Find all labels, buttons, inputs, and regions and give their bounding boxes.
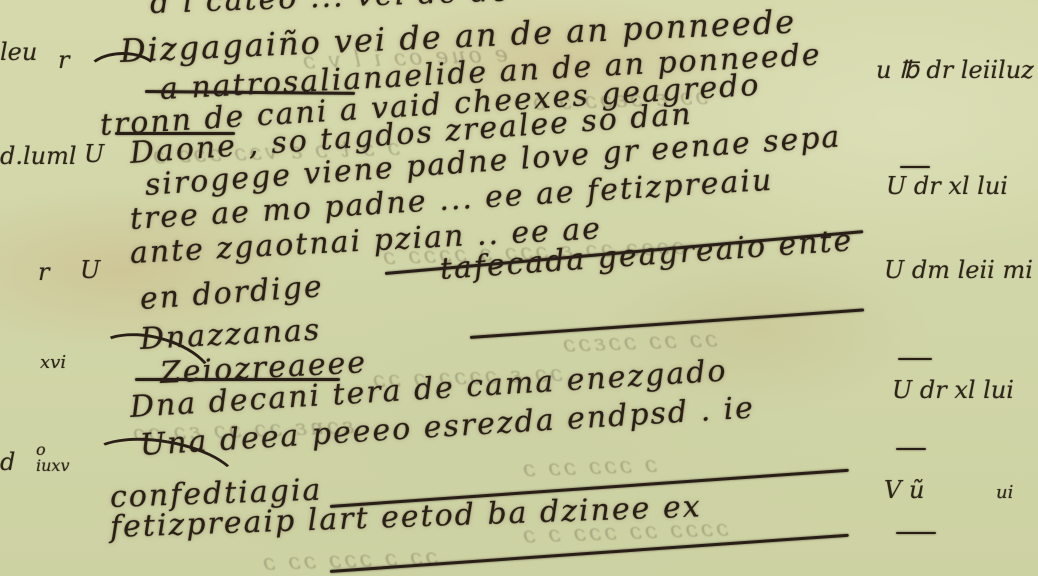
margin-dash xyxy=(898,358,932,360)
separator-line xyxy=(115,132,235,135)
left-margin-note: d.luml xyxy=(0,142,77,170)
initial-flourish xyxy=(85,52,161,98)
bleed-through-text: ɔ ɔɔɔ ɔɔ ɔ xyxy=(520,453,658,483)
left-margin-note: U xyxy=(80,256,100,284)
left-margin-note: r xyxy=(58,46,69,74)
margin-dash xyxy=(896,532,936,534)
right-margin-note: U dr xl lui xyxy=(886,172,1008,200)
margin-dash xyxy=(896,448,926,450)
right-margin-note: U dm leii mi xyxy=(884,256,1033,284)
left-margin-note: iuxv xyxy=(36,456,69,475)
left-margin-note: leu xyxy=(0,38,37,66)
bleed-through-text: ɔɔ ɔɔ ɔɔɛɔɔ xyxy=(560,327,718,357)
manuscript-page: e oue oɔ i l v ɔ ɔɔ ɛ ɔɛɔɔ ɔ o ɔ ɔ t ɔ ɛ… xyxy=(0,0,1038,576)
left-margin-note: xvi xyxy=(40,352,66,373)
left-margin-note: r xyxy=(38,258,49,286)
margin-dash xyxy=(900,166,930,168)
manuscript-line: en dordige xyxy=(139,269,325,317)
right-margin-note: V ũ xyxy=(884,476,924,504)
left-margin-note: U xyxy=(84,140,104,168)
right-margin-note: ui xyxy=(996,482,1013,503)
right-margin-note: U dr xl lui xyxy=(892,376,1014,404)
left-margin-note: d xyxy=(0,448,15,476)
right-margin-note: u ℔ dr leiiluz xyxy=(876,56,1034,84)
